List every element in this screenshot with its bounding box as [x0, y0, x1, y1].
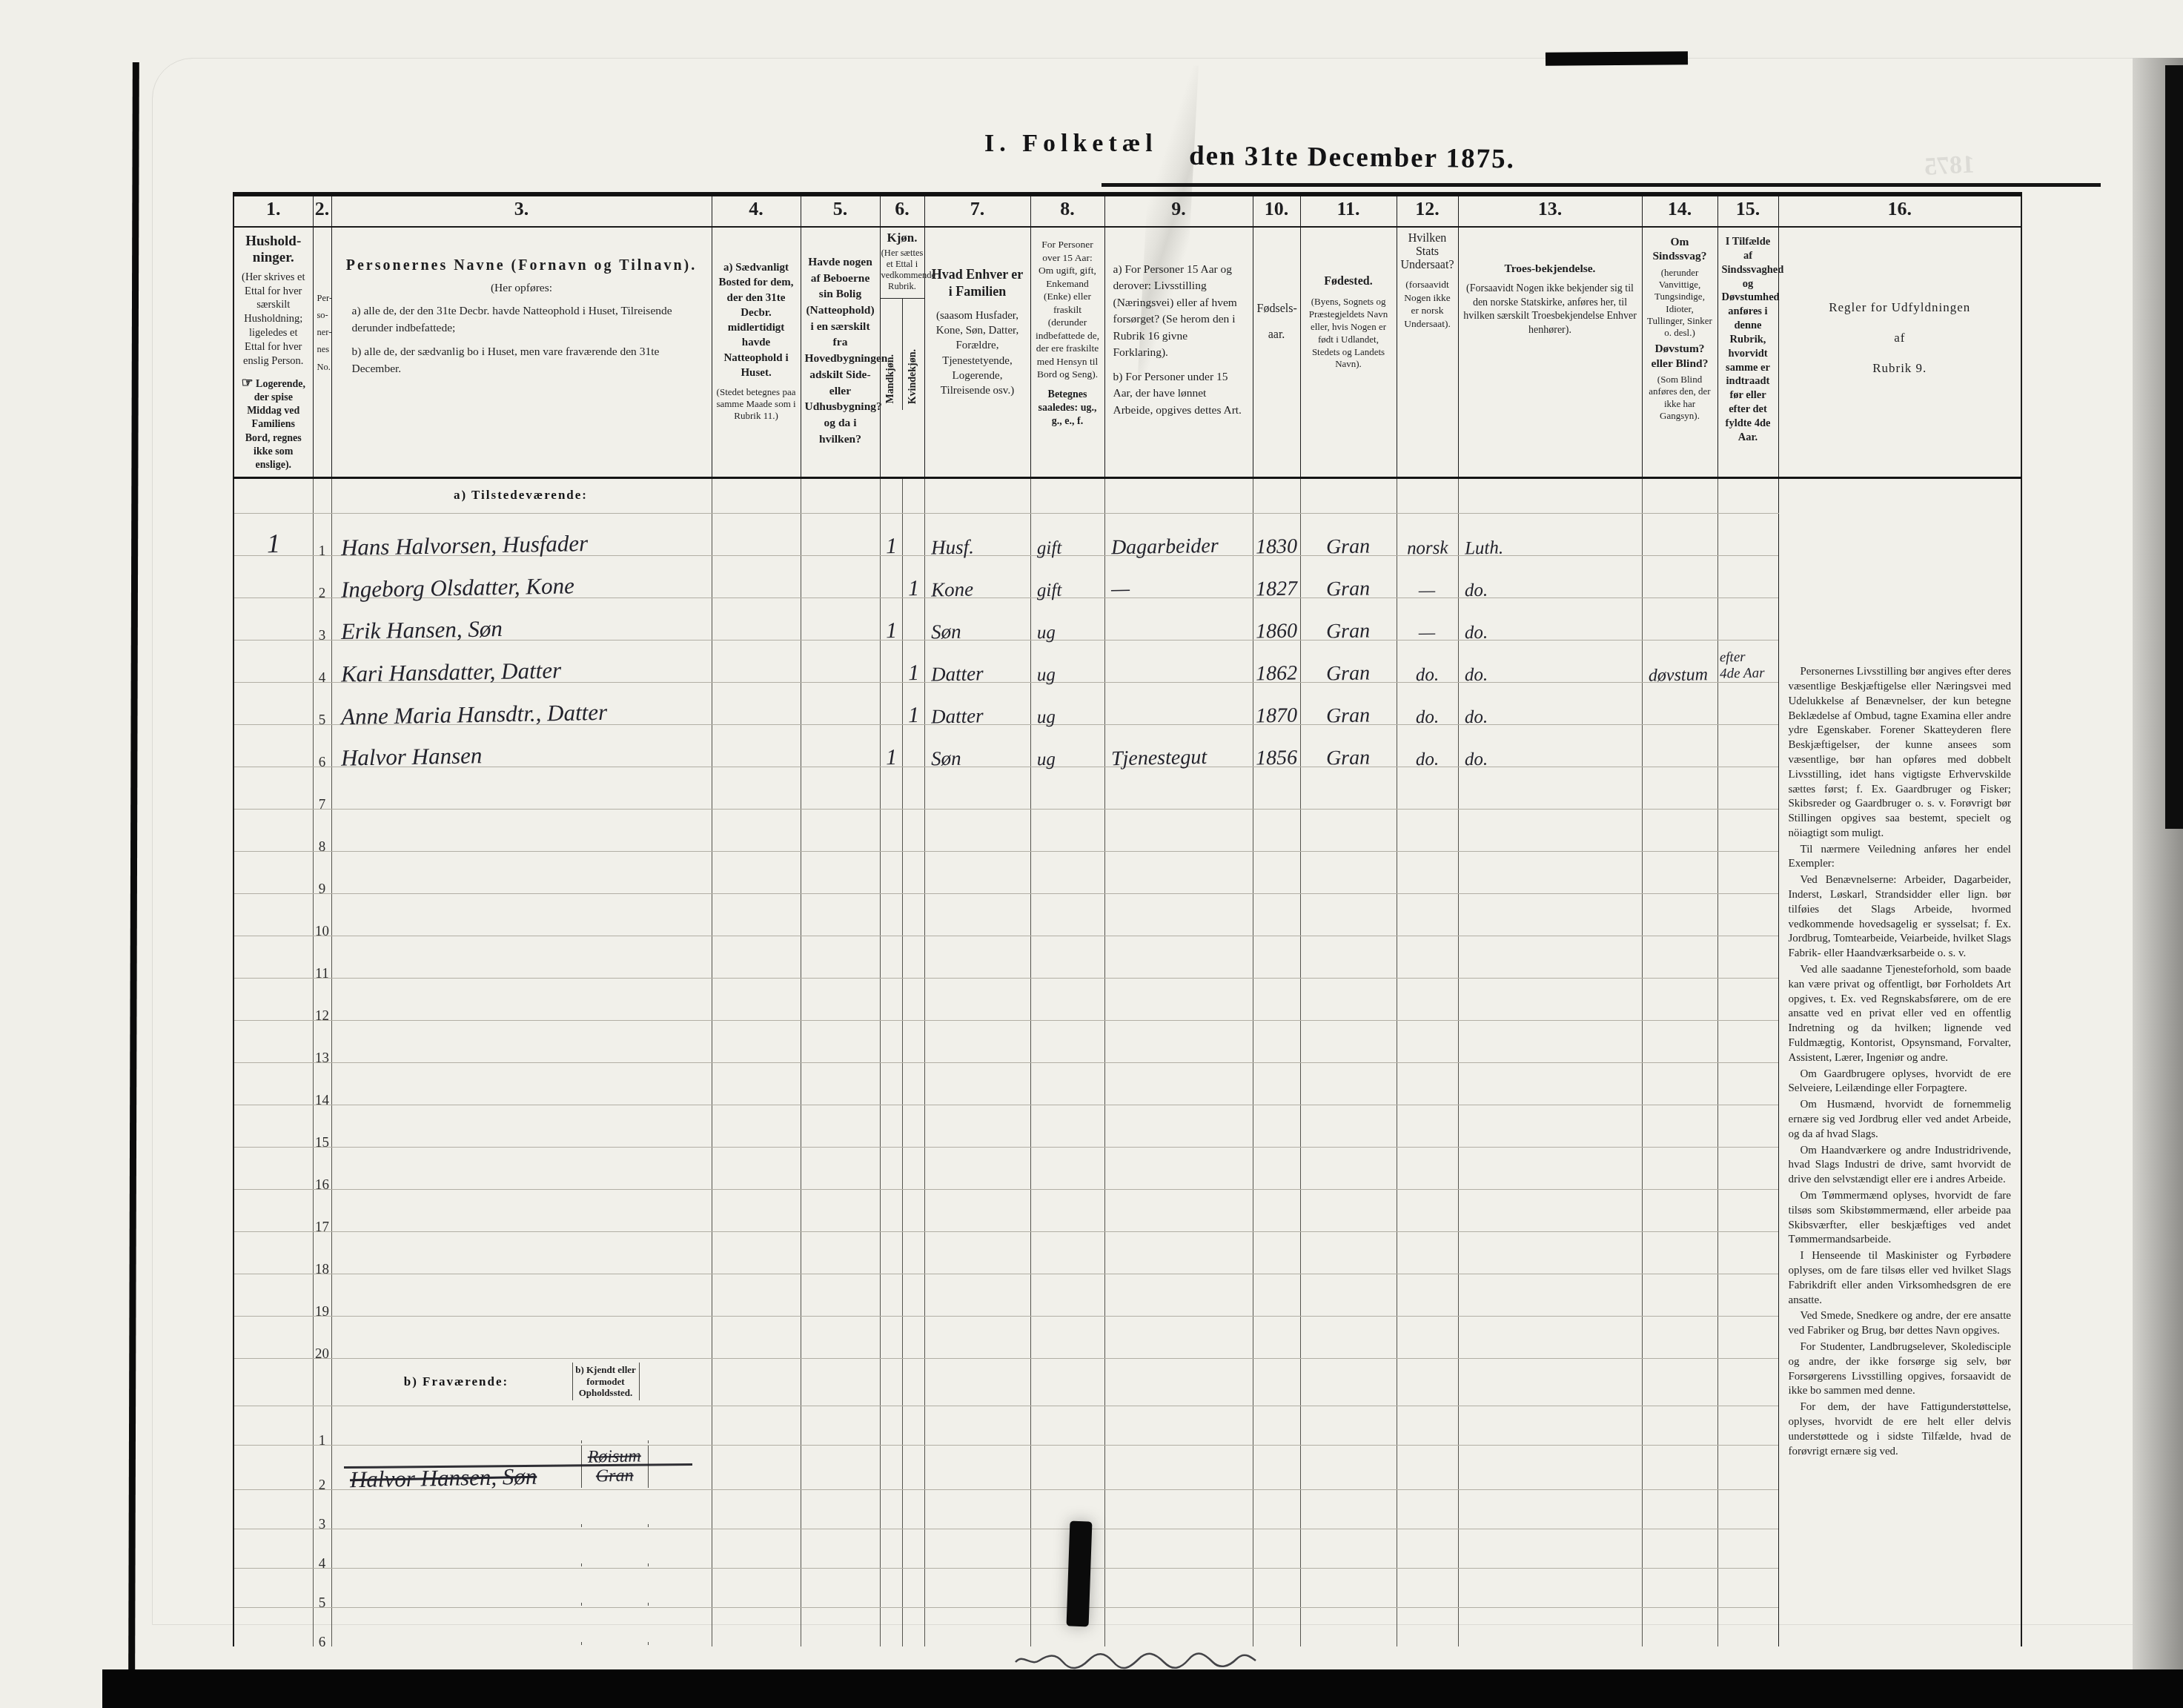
handwritten-entry: Ingeborg Olsdatter, Kone [340, 572, 574, 603]
handwritten-entry: do. [1416, 749, 1440, 771]
birthplace [1300, 810, 1397, 852]
pointing-hand-icon: ☞ [241, 375, 253, 390]
birthplace [1300, 1021, 1397, 1063]
person-name: Ingeborg Olsdatter, Kone [331, 556, 712, 598]
header-occupation: a) For Personer 15 Aar og derover: Livss… [1104, 227, 1253, 478]
absent-location-box [581, 1603, 649, 1606]
household-number [233, 1607, 313, 1646]
disability-note [1642, 1274, 1717, 1317]
disability-note: døvstum [1642, 640, 1717, 683]
onset-note [1717, 1190, 1778, 1232]
spacer [649, 1446, 710, 1488]
female-mark [902, 1529, 924, 1568]
onset-note [1717, 936, 1778, 979]
birthplace: Gran [1300, 683, 1397, 725]
male-mark: 1 [880, 725, 902, 767]
disability-note [1642, 894, 1717, 936]
disability-note [1642, 767, 1717, 810]
marital-status [1030, 810, 1104, 852]
row-number: 12 [315, 1008, 329, 1025]
marital-status [1030, 1359, 1104, 1406]
onset-note [1717, 852, 1778, 894]
marital-status: gift [1030, 556, 1104, 598]
row-number: 5 [319, 1595, 326, 1612]
person-number: 3 [313, 1489, 331, 1529]
header-person-names: Personernes Navne (Fornavn og Tilnavn). … [331, 227, 712, 478]
disability-note [1642, 1359, 1717, 1406]
person-number: 9 [313, 852, 331, 894]
birthplace [1300, 979, 1397, 1021]
birthplace: Gran [1300, 556, 1397, 598]
household-number [233, 1529, 313, 1568]
outbuilding-note [801, 1232, 880, 1274]
onset-note [1717, 1232, 1778, 1274]
person-name [331, 1406, 712, 1446]
family-position: Søn [924, 725, 1030, 767]
family-position [924, 1232, 1030, 1274]
scan-bottom-edge [102, 1669, 2183, 1708]
col-num-2: 2. [313, 194, 331, 227]
handwritten-entry: Gran [1326, 535, 1371, 560]
citizenship [1397, 1359, 1458, 1406]
rules-paragraph: Ved Benævnelserne: Arbeider, Dagarbeider… [1789, 873, 2012, 961]
person-number: 12 [313, 979, 331, 1021]
disability-note [1642, 1317, 1717, 1359]
handwritten-entry: Datter [930, 662, 983, 686]
male-mark [880, 1105, 902, 1148]
religion: do. [1458, 683, 1642, 725]
religion [1458, 1105, 1642, 1148]
rules-paragraph: Ved Smede, Snedkere og andre, der ere an… [1789, 1309, 2012, 1339]
outbuilding-note [801, 556, 880, 598]
row-number: 1 [319, 1433, 326, 1449]
family-position [924, 1406, 1030, 1446]
religion [1458, 1446, 1642, 1490]
outbuilding-note [801, 514, 880, 556]
marital-status [1030, 1232, 1104, 1274]
occupation [1104, 936, 1253, 979]
person-number: 18 [313, 1232, 331, 1274]
handwritten-entry: Søn [930, 747, 961, 771]
female-mark [902, 936, 924, 979]
onset-note [1717, 1274, 1778, 1317]
outbuilding-note [801, 1021, 880, 1063]
handwritten-entry: Gran [1326, 620, 1371, 644]
person-row: 14 [233, 1063, 2021, 1105]
usual-residence [712, 1317, 801, 1359]
row-number: 2 [319, 1477, 326, 1494]
handwritten-entry: ug [1036, 749, 1055, 770]
handwritten-entry: Gran [1326, 662, 1371, 686]
person-name [331, 810, 712, 852]
usual-residence [712, 514, 801, 556]
rules-paragraph: Personernes Livsstilling bør angives eft… [1789, 665, 2012, 841]
occupation [1104, 767, 1253, 810]
person-number: 1 [313, 514, 331, 556]
person-name: Halvor Hansen [331, 725, 712, 767]
outbuilding-note [801, 1568, 880, 1607]
scan-left-edge [128, 62, 139, 1672]
usual-residence [712, 598, 801, 640]
person-name [331, 936, 712, 979]
rules-column: Personernes Livsstilling bør angives eft… [1778, 478, 2021, 1647]
female-mark [902, 1190, 924, 1232]
row-number: 14 [315, 1093, 329, 1109]
row-number: 19 [315, 1304, 329, 1320]
onset-note [1717, 767, 1778, 810]
household-number [233, 936, 313, 979]
religion [1458, 767, 1642, 810]
birthplace [1300, 1232, 1397, 1274]
col-num-13: 13. [1458, 194, 1642, 227]
section-b-row: b) Fraværende:b) Kjendt eller formodet O… [233, 1359, 2021, 1406]
person-row: 2Halvor Hansen, SønRøisum Gran [233, 1446, 2021, 1490]
disability-note [1642, 1489, 1717, 1529]
row-number: 2 [319, 586, 326, 602]
handwritten-entry: Kari Hansdatter, Datter [340, 658, 561, 688]
spacer [649, 1563, 710, 1566]
disability-note [1642, 514, 1717, 556]
person-name [331, 1489, 712, 1529]
household-number: 1 [233, 514, 313, 556]
male-mark [880, 852, 902, 894]
row-number: 20 [315, 1346, 329, 1363]
family-position [924, 1190, 1030, 1232]
onset-note [1717, 1148, 1778, 1190]
birth-year [1253, 1021, 1300, 1063]
marital-status [1030, 767, 1104, 810]
person-row: 7 [233, 767, 2021, 810]
birthplace [1300, 1317, 1397, 1359]
household-number [233, 1359, 313, 1406]
birthplace [1300, 1568, 1397, 1607]
header-birth-year: Fødsels- aar. [1253, 227, 1300, 478]
rules-text: Personernes Livsstilling bør angives eft… [1789, 665, 2012, 1459]
absent-person-name: Halvor Hansen, Søn [341, 1446, 581, 1488]
outbuilding-note [801, 894, 880, 936]
absent-person-name [341, 1563, 581, 1566]
person-name [331, 1568, 712, 1607]
occupation [1104, 683, 1253, 725]
person-name: Hans Halvorsen, Husfader [331, 514, 712, 556]
outbuilding-note [801, 1359, 880, 1406]
handwritten-entry: ug [1036, 623, 1055, 643]
page-title-right: den 31te December 1875. [1189, 140, 1515, 176]
person-name: Erik Hansen, Søn [331, 598, 712, 640]
header-rules: Regler for Udfyldningen af Rubrik 9. [1778, 227, 2021, 478]
birthplace: Gran [1300, 725, 1397, 767]
handwritten-entry: 1 [885, 534, 897, 559]
person-row: 1 [233, 1406, 2021, 1446]
absent-name-cell [341, 1603, 710, 1606]
absent-name-cell [341, 1524, 710, 1527]
household-number [233, 1568, 313, 1607]
family-position [924, 894, 1030, 936]
usual-residence [712, 1274, 801, 1317]
citizenship [1397, 1317, 1458, 1359]
citizenship [1397, 1607, 1458, 1646]
usual-residence [712, 1607, 801, 1646]
person-name [331, 894, 712, 936]
birth-year [1253, 1489, 1300, 1529]
birthplace [1300, 1105, 1397, 1148]
female-mark [902, 1105, 924, 1148]
col-num-3: 3. [331, 194, 712, 227]
birthplace [1300, 478, 1397, 514]
female-mark [902, 1359, 924, 1406]
outbuilding-note [801, 1148, 880, 1190]
binder-ink-blob [1067, 1521, 1093, 1627]
citizenship [1397, 1148, 1458, 1190]
col-num-6: 6. [880, 194, 924, 227]
onset-note [1717, 683, 1778, 725]
household-number [233, 1274, 313, 1317]
section-a-row: a) Tilstedeværende:Personernes Livsstill… [233, 478, 2021, 514]
handwritten-entry: Datter [930, 704, 983, 728]
rules-paragraph: I Henseende til Maskinister og Fyrbødere… [1789, 1249, 2012, 1308]
person-row: 13 [233, 1021, 2021, 1063]
row-number: 18 [315, 1262, 329, 1278]
household-number [233, 1105, 313, 1148]
birth-year [1253, 852, 1300, 894]
birthplace [1300, 1529, 1397, 1568]
marital-status: gift [1030, 514, 1104, 556]
handwritten-entry: Halvor Hansen, Søn [349, 1463, 537, 1493]
person-row: 4Kari Hansdatter, Datter1Datterug1862Gra… [233, 640, 2021, 683]
birthplace [1300, 1489, 1397, 1529]
person-name [331, 1274, 712, 1317]
row-number: 16 [315, 1177, 329, 1194]
citizenship [1397, 936, 1458, 979]
citizenship: — [1397, 598, 1458, 640]
onset-note [1717, 1105, 1778, 1148]
person-name: Kari Hansdatter, Datter [331, 640, 712, 683]
citizenship [1397, 1190, 1458, 1232]
onset-note [1717, 725, 1778, 767]
marital-status: ug [1030, 683, 1104, 725]
row-number: 9 [319, 881, 326, 898]
disability-note [1642, 1568, 1717, 1607]
person-number: 16 [313, 1148, 331, 1190]
male-mark [880, 1190, 902, 1232]
outbuilding-note [801, 725, 880, 767]
person-number [313, 478, 331, 514]
person-row: 5Anne Maria Hansdtr., Datter1Datterug187… [233, 683, 2021, 725]
marital-status [1030, 1105, 1104, 1148]
outbuilding-note [801, 810, 880, 852]
religion [1458, 1568, 1642, 1607]
male-mark [880, 1148, 902, 1190]
person-name [331, 852, 712, 894]
person-number: 1 [313, 1406, 331, 1446]
handwritten-entry: do. [1464, 580, 1488, 602]
header-usual-residence: a) Sædvanligt Bosted for dem, der den 31… [712, 227, 801, 478]
absent-person-name [341, 1440, 581, 1443]
rules-paragraph: Om Haandværkere og andre Industridrivend… [1789, 1144, 2012, 1188]
household-number [233, 1063, 313, 1105]
family-position [924, 1607, 1030, 1646]
handwritten-entry: Hans Halvorsen, Husfader [340, 530, 588, 561]
handwritten-entry: 1827 [1256, 577, 1298, 602]
absent-location-box [581, 1642, 649, 1645]
onset-note [1717, 598, 1778, 640]
household-number [233, 556, 313, 598]
citizenship [1397, 1105, 1458, 1148]
citizenship [1397, 1446, 1458, 1490]
census-sheet: I. Folketæl den 31te December 1875. 1875… [152, 58, 2134, 1625]
birth-year [1253, 1190, 1300, 1232]
marital-status [1030, 1446, 1104, 1490]
outbuilding-note [801, 478, 880, 514]
birthplace: Gran [1300, 598, 1397, 640]
row-number: 1 [319, 543, 326, 560]
usual-residence [712, 936, 801, 979]
citizenship [1397, 1274, 1458, 1317]
person-row: 4 [233, 1529, 2021, 1568]
person-number: 14 [313, 1063, 331, 1105]
row-number: 4 [319, 1556, 326, 1572]
male-mark: 1 [880, 598, 902, 640]
household-number [233, 1446, 313, 1490]
handwritten-entry: 1830 [1256, 535, 1298, 560]
family-position [924, 1446, 1030, 1490]
col-num-8: 8. [1030, 194, 1104, 227]
family-position [924, 979, 1030, 1021]
female-mark [902, 1148, 924, 1190]
disability-note [1642, 852, 1717, 894]
col-num-16: 16. [1778, 194, 2021, 227]
occupation [1104, 810, 1253, 852]
family-position [924, 936, 1030, 979]
page-title-left: I. Folketæl [984, 130, 1158, 158]
usual-residence [712, 1021, 801, 1063]
occupation [1104, 1063, 1253, 1105]
handwritten-entry: do. [1416, 707, 1440, 729]
usual-residence [712, 683, 801, 725]
family-position [924, 1105, 1030, 1148]
person-name [331, 767, 712, 810]
religion [1458, 979, 1642, 1021]
male-mark: 1 [880, 514, 902, 556]
column-headers-row: Hushold- ninger. (Her skrives et Ettal f… [233, 227, 2021, 478]
person-row: 6Halvor Hansen1SønugTjenestegut1856Grand… [233, 725, 2021, 767]
female-mark [902, 810, 924, 852]
disability-note [1642, 1607, 1717, 1646]
female-mark [902, 1232, 924, 1274]
birth-year [1253, 1568, 1300, 1607]
religion: do. [1458, 640, 1642, 683]
male-mark [880, 1607, 902, 1646]
disability-note [1642, 810, 1717, 852]
religion [1458, 1274, 1642, 1317]
marital-status [1030, 1274, 1104, 1317]
spacer [649, 1603, 710, 1606]
absent-name-cell: Halvor Hansen, SønRøisum Gran [341, 1446, 710, 1488]
handwritten-entry: Gran [1326, 747, 1371, 771]
female-mark [902, 1568, 924, 1607]
marital-status: ug [1030, 725, 1104, 767]
handwritten-entry: 1862 [1256, 662, 1298, 686]
scanned-census-page: I. Folketæl den 31te December 1875. 1875… [0, 0, 2183, 1708]
household-number [233, 979, 313, 1021]
disability-note [1642, 598, 1717, 640]
person-row: 10 [233, 894, 2021, 936]
rules-paragraph: Om Husmænd, hvorvidt de fornemmelig ernæ… [1789, 1098, 2012, 1142]
birth-year [1253, 1317, 1300, 1359]
spacer [649, 1524, 710, 1527]
handwritten-entry: Luth. [1464, 538, 1503, 560]
disability-note [1642, 1063, 1717, 1105]
occupation [1104, 1232, 1253, 1274]
female-mark: 1 [902, 640, 924, 683]
onset-note [1717, 1568, 1778, 1607]
birth-year [1253, 936, 1300, 979]
occupation [1104, 1489, 1253, 1529]
onset-note [1717, 1489, 1778, 1529]
usual-residence [712, 1406, 801, 1446]
family-position [924, 1063, 1030, 1105]
onset-note [1717, 1607, 1778, 1646]
citizenship [1397, 1063, 1458, 1105]
birthplace [1300, 1607, 1397, 1646]
marital-status [1030, 1406, 1104, 1446]
handwritten-entry: do. [1464, 623, 1488, 644]
religion: do. [1458, 556, 1642, 598]
birthplace [1300, 852, 1397, 894]
birthplace [1300, 936, 1397, 979]
handwritten-entry: Dagarbeider [1110, 534, 1218, 560]
onset-note [1717, 894, 1778, 936]
rules-paragraph: Om Gaardbrugere oplyses, hvorvidt de ere… [1789, 1067, 2012, 1097]
male-mark [880, 767, 902, 810]
handwritten-entry: 1 [907, 661, 919, 686]
usual-residence [712, 1190, 801, 1232]
citizenship [1397, 1232, 1458, 1274]
birth-year: 1830 [1253, 514, 1300, 556]
citizenship [1397, 478, 1458, 514]
row-number: 15 [315, 1135, 329, 1151]
person-row: 18 [233, 1232, 2021, 1274]
marital-status [1030, 1489, 1104, 1529]
onset-note [1717, 514, 1778, 556]
birth-year: 1862 [1253, 640, 1300, 683]
marital-status [1030, 852, 1104, 894]
religion [1458, 1406, 1642, 1446]
female-mark [902, 1317, 924, 1359]
occupation [1104, 1317, 1253, 1359]
person-name [331, 1105, 712, 1148]
marital-status [1030, 936, 1104, 979]
birth-year [1253, 1446, 1300, 1490]
birthplace: Gran [1300, 514, 1397, 556]
outbuilding-note [801, 1063, 880, 1105]
person-name [331, 1190, 712, 1232]
marital-status [1030, 894, 1104, 936]
disability-note [1642, 478, 1717, 514]
handwritten-entry: — [1419, 580, 1436, 601]
female-mark [902, 725, 924, 767]
birth-year [1253, 1274, 1300, 1317]
marital-status [1030, 1190, 1104, 1232]
citizenship [1397, 1406, 1458, 1446]
handwritten-entry: Kone [930, 578, 973, 602]
family-position [924, 1148, 1030, 1190]
rules-paragraph: Til nærmere Veiledning anføres her endel… [1789, 843, 2012, 873]
marital-status [1030, 1317, 1104, 1359]
row-number: 13 [315, 1050, 329, 1067]
person-number: 11 [313, 936, 331, 979]
person-name [331, 1607, 712, 1646]
